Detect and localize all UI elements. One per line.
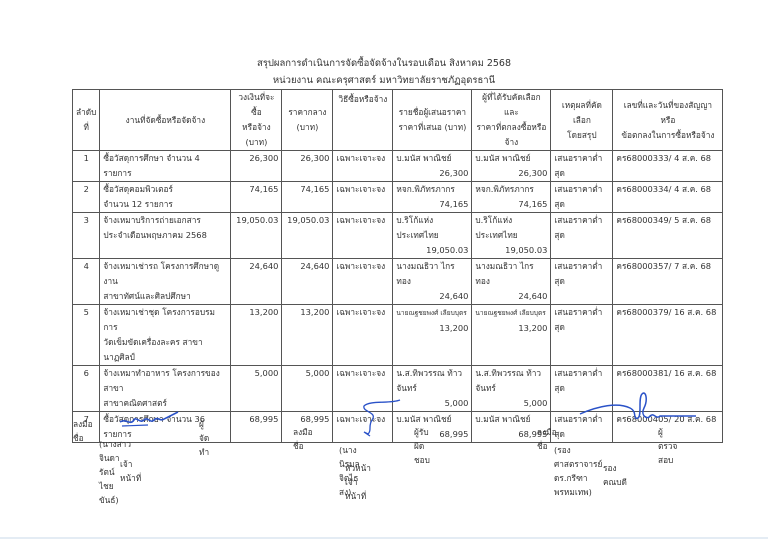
method-cell: เฉพาะเจาะจง bbox=[333, 151, 393, 182]
median-price-cell: 19,050.03 bbox=[282, 213, 333, 259]
win-price: 13,200 bbox=[475, 321, 547, 336]
bidder-cell: บ.มนัส พาณิชย์26,300 bbox=[393, 151, 472, 182]
budget-cell: 74,165 bbox=[231, 182, 282, 213]
col-header-bidders: รายชื่อผู้เสนอราคาราคาที่เสนอ (บาท) bbox=[393, 90, 472, 151]
task-cell: จ้างเหมาทำอาหาร โครงการของสาขาสาขาคณิตศา… bbox=[100, 366, 231, 412]
bidder-cell: บ.ริโก้แห่งประเทศไทย19,050.03 bbox=[393, 213, 472, 259]
row-number: 5 bbox=[73, 305, 100, 366]
handwritten-signature-icon bbox=[578, 390, 698, 430]
budget-cell: 19,050.03 bbox=[231, 213, 282, 259]
win-price: 74,165 bbox=[475, 197, 547, 212]
win-price: 19,050.03 bbox=[475, 243, 547, 258]
bidder-name: บ.มนัส พาณิชย์ bbox=[396, 153, 451, 163]
row-number: 2 bbox=[73, 182, 100, 213]
winner-cell: นายณฐชยพงศ์ เลียบบุตร13,200 bbox=[472, 305, 551, 366]
win-price: 5,000 bbox=[475, 396, 547, 411]
col-header-no: ลำดับที่ bbox=[73, 90, 100, 151]
winner-cell: บ.มนัส พาณิชย์26,300 bbox=[472, 151, 551, 182]
budget-cell: 68,995 bbox=[231, 412, 282, 443]
winner-cell: หจก.พิภัทรภากร74,165 bbox=[472, 182, 551, 213]
reason-cell: เสนอราคาต่ำสุด bbox=[551, 259, 613, 305]
table-row: 1ซื้อวัสดุการศึกษา จำนวน 4 รายการ26,3002… bbox=[73, 151, 723, 182]
median-price-cell: 26,300 bbox=[282, 151, 333, 182]
signer-position: เจ้าหน้าที่ bbox=[120, 457, 141, 485]
method-cell: เฉพาะเจาะจง bbox=[333, 182, 393, 213]
win-price: 26,300 bbox=[475, 166, 547, 181]
bidder-cell: นางมณธิวา ไกรทอง24,640 bbox=[393, 259, 472, 305]
winner-name: หจก.พิภัทรภากร bbox=[475, 184, 533, 194]
budget-cell: 5,000 bbox=[231, 366, 282, 412]
contract-cell: คร68000334/ 4 ส.ค. 68 bbox=[613, 182, 723, 213]
task-cell: ซื้อวัสดุการศึกษา จำนวน 4 รายการ bbox=[100, 151, 231, 182]
task-cell: ซื้อวัสดุคอมพิวเตอร์ จำนวน 12 รายการ bbox=[100, 182, 231, 213]
winner-name: บ.มนัส พาณิชย์ bbox=[475, 414, 530, 424]
table-row: 4จ้างเหมาเช่ารถ โครงการศึกษาดูงานสาขาทัศ… bbox=[73, 259, 723, 305]
median-price-cell: 5,000 bbox=[282, 366, 333, 412]
row-number: 3 bbox=[73, 213, 100, 259]
document-subtitle: หน่วยงาน คณะครุศาสตร์ มหาวิทยาลัยราชภัฏอ… bbox=[0, 73, 768, 88]
sign-label: ลงมือชื่อ bbox=[293, 425, 313, 453]
bidder-name: บ.ริโก้แห่งประเทศไทย bbox=[396, 215, 438, 240]
median-price-cell: 74,165 bbox=[282, 182, 333, 213]
task-cell: จ้างเหมาเช่าชุด โครงการอบรมการวัดเข็มขัด… bbox=[100, 305, 231, 366]
method-cell: เฉพาะเจาะจง bbox=[333, 305, 393, 366]
row-number: 6 bbox=[73, 366, 100, 412]
bidder-cell: หจก.พิภัทรภากร74,165 bbox=[393, 182, 472, 213]
signer-position: หัวหน้าเจ้าหน้าที่ bbox=[345, 461, 371, 503]
reason-cell: เสนอราคาต่ำสุด bbox=[551, 182, 613, 213]
bidder-name: น.ส.ทิพวรรณ ท้าวจันทร์ bbox=[396, 368, 462, 393]
budget-cell: 13,200 bbox=[231, 305, 282, 366]
signer-name: (รองศาสตราจารย์ ดร.กรีฑา พรหมเทพ) bbox=[554, 443, 602, 499]
budget-cell: 26,300 bbox=[231, 151, 282, 182]
sign-role: ผู้รับผิดชอบ bbox=[414, 425, 430, 467]
winner-name: นายณฐชยพงศ์ เลียบบุตร bbox=[475, 309, 545, 317]
winner-name: นางมณธิวา ไกรทอง bbox=[475, 261, 533, 286]
winner-name: บ.ริโก้แห่งประเทศไทย bbox=[475, 215, 517, 240]
bid-price: 19,050.03 bbox=[396, 243, 468, 258]
bidder-cell: นายณฐชยพงศ์ เลียบบุตร13,200 bbox=[393, 305, 472, 366]
col-header-reason: เหตุผลที่คัดเลือกโดยสรุป bbox=[551, 90, 613, 151]
sign-label: ลงมือชื่อ bbox=[73, 417, 93, 445]
handwritten-signature-icon bbox=[118, 408, 180, 430]
bid-price: 26,300 bbox=[396, 166, 468, 181]
scan-edge-divider bbox=[0, 537, 768, 539]
document-title: สรุปผลการดำเนินการจัดซื้อจัดจ้างในรอบเดื… bbox=[0, 56, 768, 71]
win-price: 24,640 bbox=[475, 289, 547, 304]
winner-cell: นางมณธิวา ไกรทอง24,640 bbox=[472, 259, 551, 305]
bidder-name: นางมณธิวา ไกรทอง bbox=[396, 261, 454, 286]
budget-cell: 24,640 bbox=[231, 259, 282, 305]
col-header-budget: วงเงินที่จะซื้อหรือจ้าง (บาท) bbox=[231, 90, 282, 151]
handwritten-signature-icon bbox=[360, 398, 410, 438]
col-header-method: วิธีซื้อหรือจ้าง bbox=[333, 90, 393, 151]
bidder-name: หจก.พิภัทรภากร bbox=[396, 184, 454, 194]
reason-cell: เสนอราคาต่ำสุด bbox=[551, 213, 613, 259]
bid-price: 74,165 bbox=[396, 197, 468, 212]
col-header-median-price: ราคากลาง(บาท) bbox=[282, 90, 333, 151]
row-number: 4 bbox=[73, 259, 100, 305]
task-cell: จ้างเหมาบริการถ่ายเอกสารประจำเดือนพฤษภาค… bbox=[100, 213, 231, 259]
sign-role: ผู้จัดทำ bbox=[199, 417, 209, 459]
table-row: 5จ้างเหมาเช่าชุด โครงการอบรมการวัดเข็มขั… bbox=[73, 305, 723, 366]
reason-cell: เสนอราคาต่ำสุด bbox=[551, 151, 613, 182]
task-cell: จ้างเหมาเช่ารถ โครงการศึกษาดูงานสาขาทัศน… bbox=[100, 259, 231, 305]
col-header-task: งานที่จัดซื้อหรือจัดจ้าง bbox=[100, 90, 231, 151]
contract-cell: คร68000379/ 16 ส.ค. 68 bbox=[613, 305, 723, 366]
contract-cell: คร68000333/ 4 ส.ค. 68 bbox=[613, 151, 723, 182]
contract-cell: คร68000357/ 7 ส.ค. 68 bbox=[613, 259, 723, 305]
bidder-name: นายณฐชยพงศ์ เลียบบุตร bbox=[396, 309, 466, 317]
col-header-winner: ผู้ที่ได้รับคัดเลือกและราคาที่ตกลงซื้อหร… bbox=[472, 90, 551, 151]
median-price-cell: 24,640 bbox=[282, 259, 333, 305]
winner-name: บ.มนัส พาณิชย์ bbox=[475, 153, 530, 163]
method-cell: เฉพาะเจาะจง bbox=[333, 259, 393, 305]
table-row: 3จ้างเหมาบริการถ่ายเอกสารประจำเดือนพฤษภา… bbox=[73, 213, 723, 259]
sign-role: ผู้ตรวจสอบ bbox=[658, 425, 677, 467]
row-number: 1 bbox=[73, 151, 100, 182]
reason-cell: เสนอราคาต่ำสุด bbox=[551, 305, 613, 366]
table-header-row: ลำดับที่ งานที่จัดซื้อหรือจัดจ้าง วงเงิน… bbox=[73, 90, 723, 151]
winner-cell: น.ส.ทิพวรรณ ท้าวจันทร์5,000 bbox=[472, 366, 551, 412]
table-row: 2ซื้อวัสดุคอมพิวเตอร์ จำนวน 12 รายการ74,… bbox=[73, 182, 723, 213]
median-price-cell: 13,200 bbox=[282, 305, 333, 366]
winner-cell: บ.ริโก้แห่งประเทศไทย19,050.03 bbox=[472, 213, 551, 259]
col-header-contract: เลขที่และวันที่ของสัญญาหรือข้อตกลงในการซ… bbox=[613, 90, 723, 151]
bid-price: 13,200 bbox=[396, 321, 468, 336]
signer-position: รองคณบดี bbox=[603, 461, 627, 489]
bid-price: 24,640 bbox=[396, 289, 468, 304]
winner-name: น.ส.ทิพวรรณ ท้าวจันทร์ bbox=[475, 368, 541, 393]
method-cell: เฉพาะเจาะจง bbox=[333, 213, 393, 259]
contract-cell: คร68000349/ 5 ส.ค. 68 bbox=[613, 213, 723, 259]
